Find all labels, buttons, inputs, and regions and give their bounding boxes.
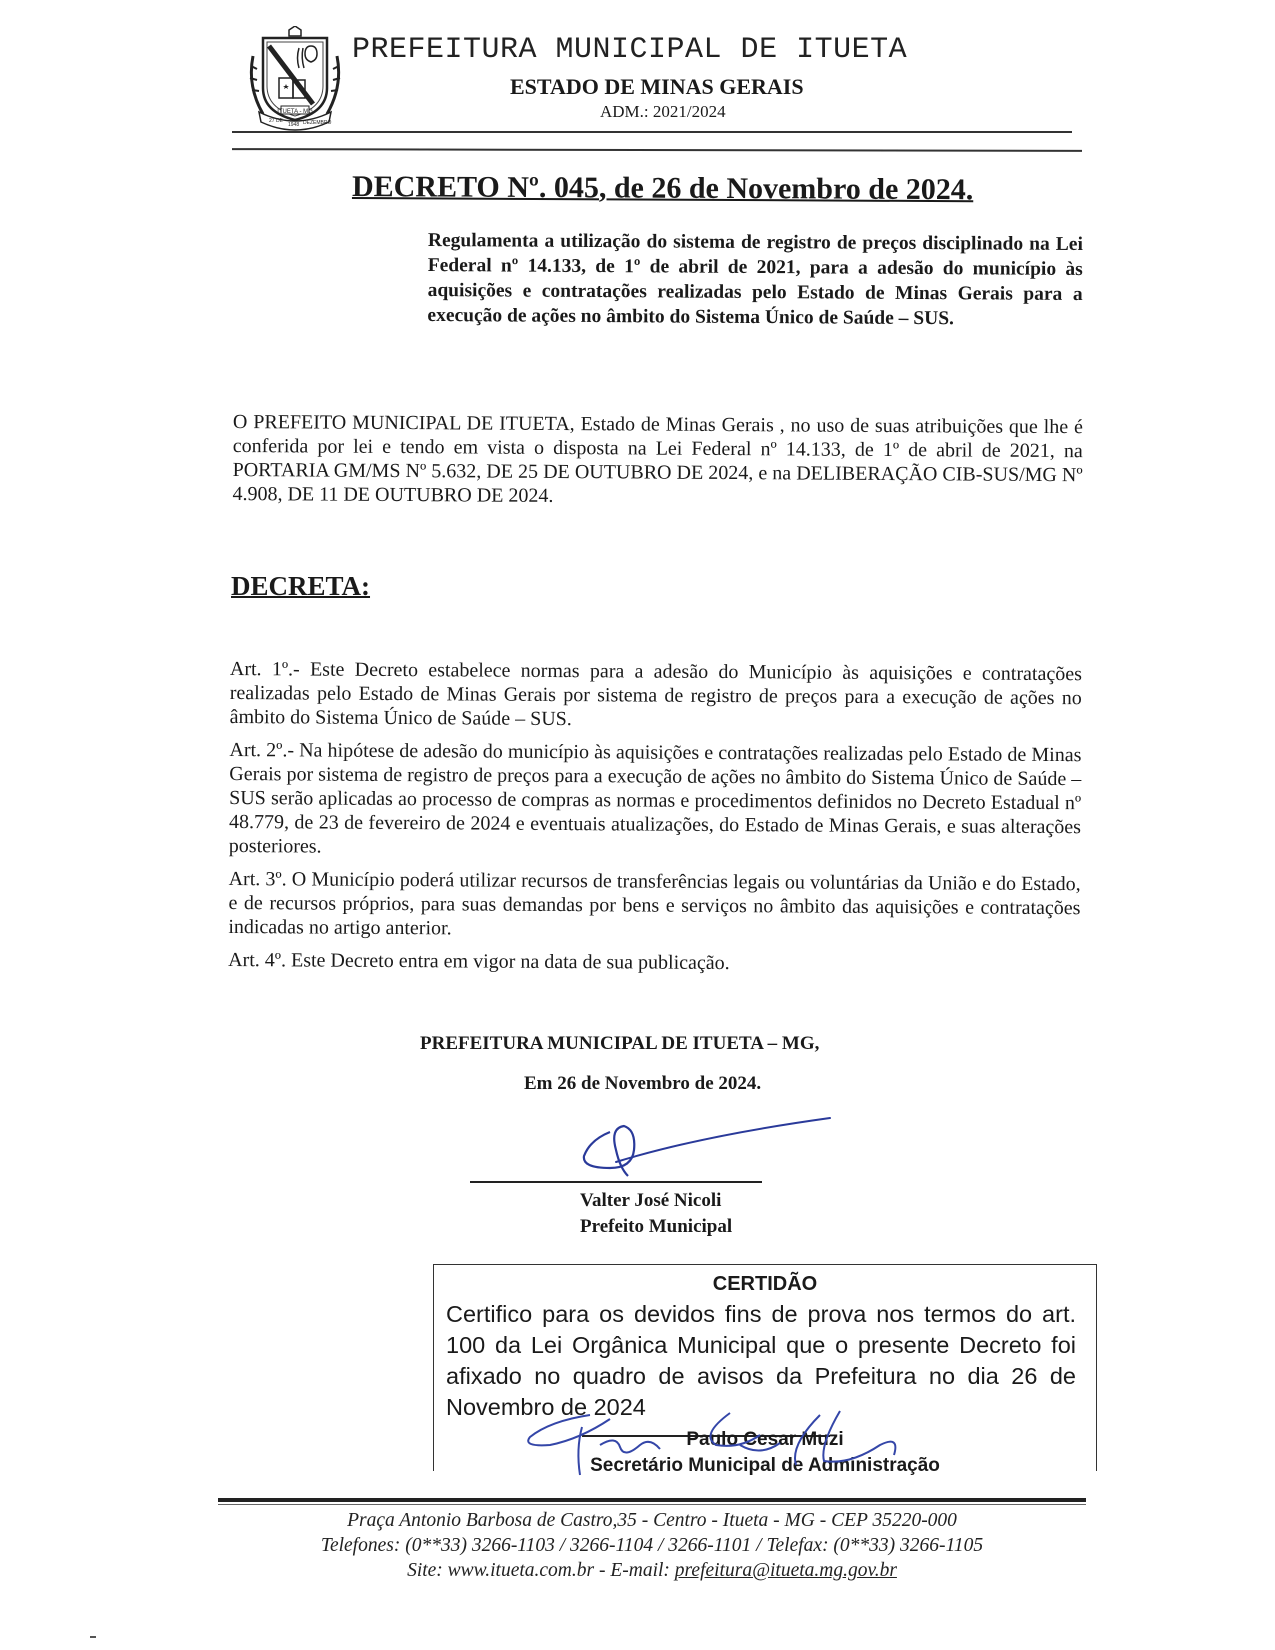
footer-address: Praça Antonio Barbosa de Castro,35 - Cen… — [218, 1508, 1086, 1533]
svg-text:27 DE: 27 DE — [269, 118, 284, 124]
mayor-signature-line — [470, 1181, 762, 1183]
footer: Praça Antonio Barbosa de Castro,35 - Cen… — [218, 1508, 1086, 1583]
svg-text:1948: 1948 — [288, 122, 299, 128]
secretary-signature-icon — [520, 1405, 940, 1495]
mayor-role: Prefeito Municipal — [580, 1214, 732, 1240]
decreta-heading: DECRETA: — [231, 571, 370, 602]
articles-list: Art. 1º.- Este Decreto estabelece normas… — [228, 657, 1082, 986]
header-administration: ADM.: 2021/2024 — [600, 102, 726, 122]
header-divider-lower — [232, 148, 1082, 152]
header-title: PREFEITURA MUNICIPAL DE ITUETA — [352, 33, 907, 67]
closing-date: Em 26 de Novembro de 2024. — [524, 1073, 761, 1095]
article-2: Art. 2º.- Na hipótese de adesão do munic… — [229, 738, 1082, 863]
scan-mark — [90, 1636, 96, 1638]
mayor-signature-block: Valter José Nicoli Prefeito Municipal — [580, 1188, 732, 1240]
article-3: Art. 3º. O Município poderá utilizar rec… — [228, 867, 1080, 944]
svg-text:ITUETA - MG: ITUETA - MG — [277, 109, 313, 115]
svg-text:DEZEMBRO: DEZEMBRO — [303, 120, 331, 126]
article-1: Art. 1º.- Este Decreto estabelece normas… — [230, 657, 1082, 734]
decree-ementa: Regulamenta a utilização do sistema de r… — [427, 228, 1083, 332]
decree-title: DECRETO Nº. 045, de 26 de Novembro de 20… — [352, 170, 973, 207]
certificate-title: CERTIDÃO — [434, 1273, 1096, 1296]
footer-email-link[interactable]: prefeitura@itueta.mg.gov.br — [675, 1560, 897, 1581]
header-divider — [232, 131, 1072, 133]
mayor-name: Valter José Nicoli — [580, 1188, 732, 1214]
municipal-coat-of-arms-icon: ITUETA - MG 27 DE 1948 DEZEMBRO — [243, 26, 347, 132]
footer-contact: Site: www.itueta.com.br - E-mail: prefei… — [218, 1558, 1086, 1583]
footer-divider — [218, 1498, 1086, 1502]
closing-place: PREFEITURA MUNICIPAL DE ITUETA – MG, — [420, 1033, 920, 1055]
header-state: ESTADO DE MINAS GERAIS — [510, 74, 804, 100]
article-4: Art. 4º. Este Decreto entra em vigor na … — [228, 948, 1080, 977]
footer-phones: Telefones: (0**33) 3266-1103 / 3266-1104… — [218, 1533, 1086, 1558]
decree-preamble: O PREFEITO MUNICIPAL DE ITUETA, Estado d… — [232, 410, 1083, 511]
footer-site: Site: www.itueta.com.br - E-mail: — [407, 1560, 675, 1581]
footer-divider-thin — [218, 1504, 1086, 1505]
mayor-signature-icon — [580, 1110, 840, 1180]
